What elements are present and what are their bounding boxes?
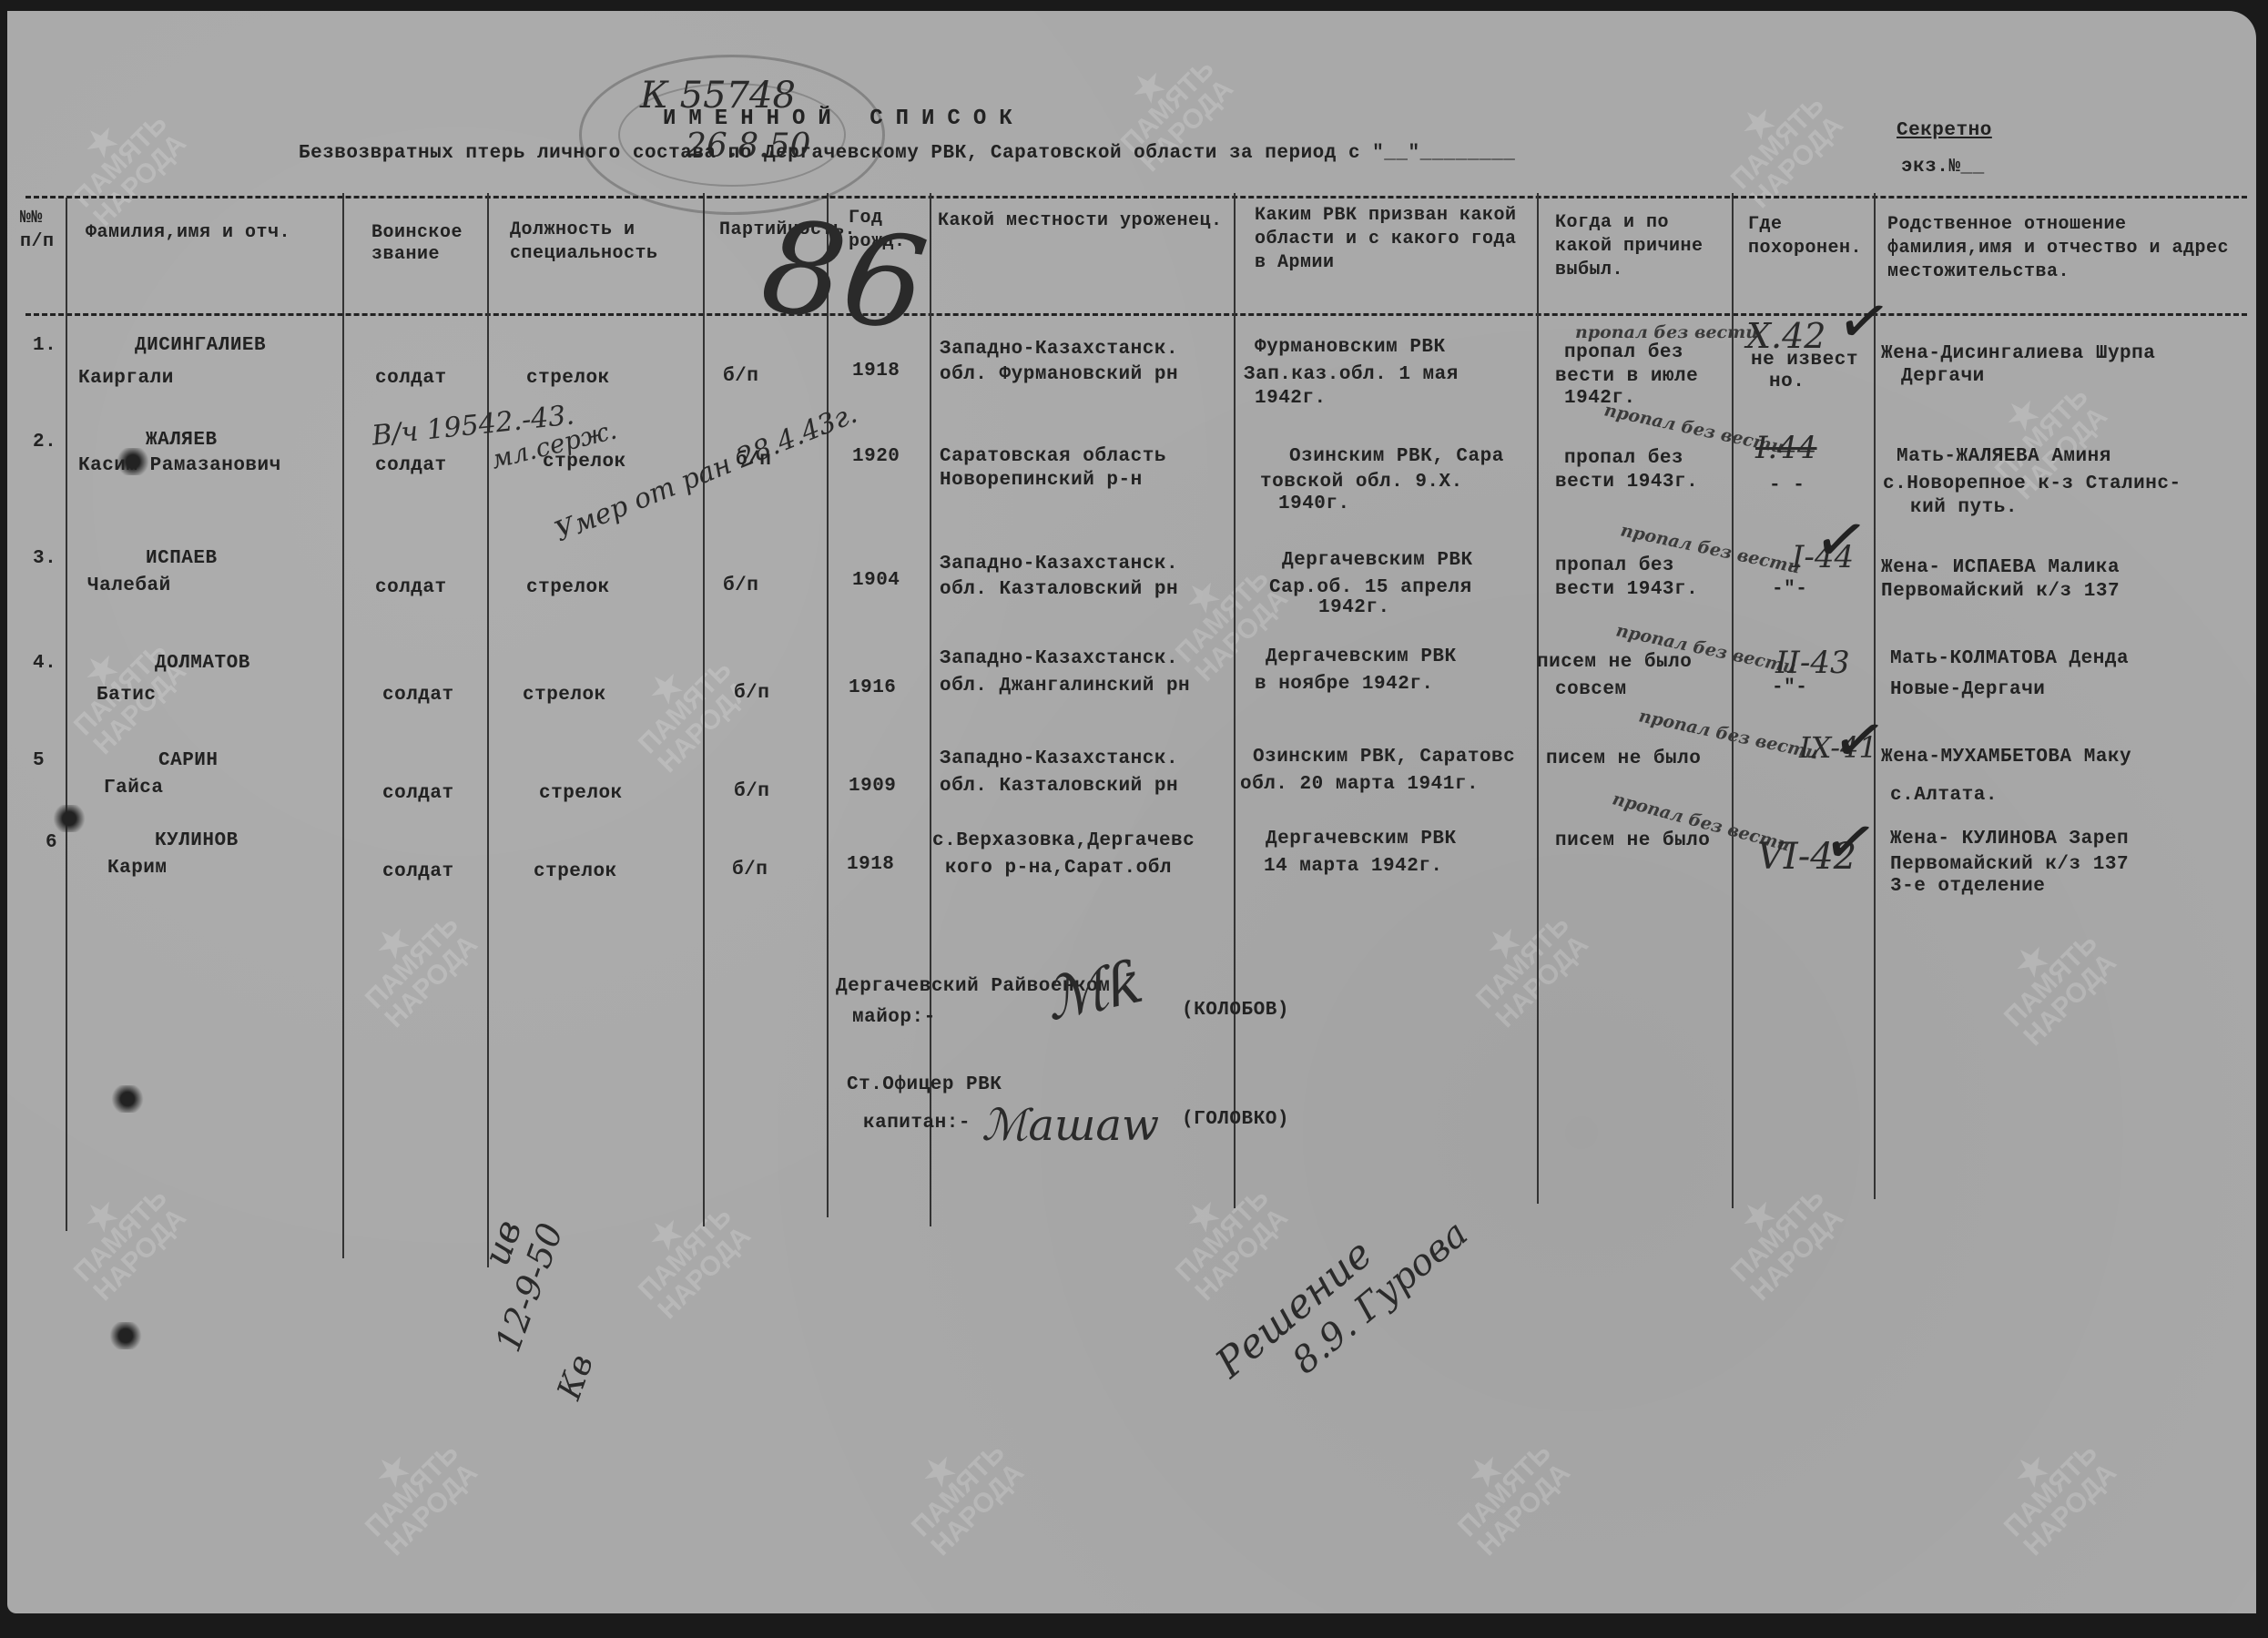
birthplace-line: Западно-Казахстанск. — [940, 554, 1178, 575]
burial-line: -"- — [1772, 579, 1807, 600]
header-position: Должность и специальность — [510, 219, 692, 266]
column-divider — [930, 193, 931, 1226]
party: б/п — [732, 860, 768, 880]
rank: солдат — [375, 577, 447, 598]
copy-number-label: экз.№__ — [1901, 157, 1985, 178]
burial-line: - - — [1769, 475, 1805, 496]
relative-line: Дергачи — [1901, 366, 1985, 387]
position: стрелок — [526, 368, 610, 389]
birth-year: 1920 — [852, 446, 900, 467]
header-bottom-divider — [25, 313, 2247, 316]
row-number: 1. — [33, 335, 56, 356]
party: б/п — [734, 781, 769, 802]
birth-year: 1918 — [852, 361, 900, 382]
birthplace-line: Западно-Казахстанск. — [940, 648, 1178, 669]
reason-line: совсем — [1555, 679, 1627, 700]
row-number: 6 — [46, 832, 57, 853]
given-name: Гайса — [104, 778, 164, 799]
row-number: 3. — [33, 548, 56, 569]
draft-line: Фурмановским РВК — [1255, 337, 1446, 358]
relative-line: Жена-МУХАМБЕТОВА Маку — [1881, 747, 2131, 768]
birthplace-line: обл. Джангалинский рн — [940, 676, 1190, 697]
handwritten-annotation: Кв — [551, 1350, 601, 1405]
column-divider — [1234, 193, 1236, 1208]
draft-line: обл. 20 марта 1941г. — [1240, 774, 1479, 795]
birthplace-line: с.Верхазовка,Дергачевс — [932, 830, 1195, 851]
row-number: 2. — [33, 432, 56, 453]
reason-line: писем не было — [1555, 830, 1710, 851]
relative-line: Первомайский к/з 137 — [1881, 581, 2120, 602]
relative-line: с.Новорепное к-з Сталинс- — [1883, 473, 2182, 494]
given-name: Касим Рамазанович — [78, 455, 281, 476]
draft-line: в ноябре 1942г. — [1255, 674, 1434, 695]
watermark: ★ПАМЯТЬНАРОДА — [615, 1183, 756, 1324]
signature-rank-1: майор:- — [852, 1007, 936, 1028]
position: стрелок — [526, 577, 610, 598]
paper-damage — [109, 1085, 146, 1113]
archive-document-page: ★ПАМЯТЬНАРОДА ★ПАМЯТЬНАРОДА ★ПАМЯТЬНАРОД… — [7, 11, 2256, 1613]
watermark: ★ПАМЯТЬНАРОДА — [888, 1419, 1029, 1561]
watermark: ★ПАМЯТЬНАРОДА — [1707, 72, 1848, 213]
draft-line: Озинским РВК, Саратовс — [1253, 747, 1515, 768]
draft-line: Сар.об. 15 апреля — [1269, 577, 1472, 598]
birthplace-line: Саратовская область — [940, 446, 1166, 467]
rank: солдат — [375, 455, 447, 476]
birthplace-line: обл. Фурмановский рн — [940, 364, 1178, 385]
relative-line: с.Алтата. — [1890, 785, 1998, 806]
relative-line: Первомайский к/з 137 — [1890, 854, 2129, 875]
party: б/п — [736, 450, 771, 471]
given-name: Чалебай — [87, 575, 171, 596]
signature-scribble: ℳaшaw — [981, 1100, 1159, 1151]
birthplace-line: Западно-Казахстанск. — [940, 748, 1178, 769]
party: б/п — [723, 575, 758, 596]
watermark: ★ПАМЯТЬНАРОДА — [1980, 1419, 2121, 1561]
given-name: Батис — [97, 685, 157, 706]
watermark: ★ПАМЯТЬНАРОДА — [50, 1165, 191, 1306]
column-divider — [487, 193, 489, 1267]
header-reason: Когда и по какой причине выбыл. — [1555, 211, 1728, 282]
surname: ДОЛМАТОВ — [155, 653, 250, 674]
reason-line: пропал без — [1555, 555, 1674, 576]
draft-line: 1940г. — [1278, 493, 1350, 514]
header-num: №№ п/п — [20, 207, 60, 254]
birth-year: 1904 — [852, 570, 900, 591]
draft-line: Озинским РВК, Сара — [1289, 446, 1504, 467]
header-name: Фамилия,имя и отч. — [86, 222, 290, 243]
draft-line: Дергачевским РВК — [1282, 550, 1473, 571]
paper-damage — [51, 805, 87, 832]
relative-line: Жена- КУЛИНОВА Зареп — [1890, 829, 2129, 850]
rank: солдат — [382, 685, 454, 706]
draft-line: товской обл. 9.X. — [1260, 472, 1463, 493]
relative-line: Новые-Дергачи — [1890, 679, 2045, 700]
rank: солдат — [375, 368, 447, 389]
column-divider — [1537, 193, 1539, 1204]
party: б/п — [734, 683, 769, 704]
burial-date-hand: II-43 — [1775, 645, 1850, 681]
reason-line: писем не было — [1546, 748, 1701, 769]
signature-rank-2: капитан:- — [863, 1113, 971, 1134]
position: стрелок — [543, 452, 626, 473]
watermark: ★ПАМЯТЬНАРОДА — [1152, 1165, 1293, 1306]
missing-stamp: пропал без вести — [1575, 322, 1758, 342]
draft-line: 1942г. — [1255, 388, 1327, 409]
check-mark-icon: ✓ — [1826, 699, 1892, 782]
watermark: ★ПАМЯТЬНАРОДА — [615, 636, 756, 778]
signature-scribble: ℳƙ — [1039, 949, 1148, 1035]
birth-year: 1916 — [849, 677, 896, 698]
watermark: ★ПАМЯТЬНАРОДА — [1707, 1165, 1848, 1306]
handwritten-note: 86 — [754, 191, 935, 361]
column-divider — [342, 193, 344, 1258]
row-number: 5 — [33, 750, 45, 771]
document-title: ИМЕННОЙ СПИСОК — [663, 107, 1025, 131]
paper-damage — [115, 448, 151, 475]
header-burial: Где похоронен. — [1748, 213, 1866, 260]
document-subtitle: Безвозвратных птерь личного состава по Д… — [299, 143, 1515, 164]
reason-line: вести в июле — [1555, 366, 1698, 387]
position: стрелок — [534, 861, 617, 882]
column-divider — [66, 198, 67, 1231]
birth-year: 1909 — [849, 776, 896, 797]
column-divider — [703, 193, 705, 1226]
header-draft: Каким РВК призван какой области и с како… — [1255, 204, 1528, 275]
rank: солдат — [382, 861, 454, 882]
burial-date-hand: I.44 — [1755, 430, 1817, 466]
reason-line: писем не было — [1537, 652, 1692, 673]
draft-line: 14 марта 1942г. — [1264, 856, 1443, 877]
signature-name-2: (ГОЛОВКО) — [1182, 1109, 1289, 1130]
check-mark-icon: ✓ — [1808, 499, 1874, 582]
watermark: ★ПАМЯТЬНАРОДА — [341, 1419, 483, 1561]
surname: КУЛИНОВ — [155, 830, 239, 851]
reason-line: пропал без — [1564, 342, 1683, 363]
reason-line: вести 1943г. — [1555, 472, 1698, 493]
watermark: ★ПАМЯТЬНАРОДА — [1452, 891, 1593, 1033]
reason-line: пропал без — [1564, 448, 1683, 469]
surname: ДИСИНГАЛИЕВ — [135, 335, 266, 356]
surname: ИСПАЕВ — [146, 548, 218, 569]
row-number: 4. — [33, 653, 56, 674]
draft-line: Зап.каз.обл. 1 мая — [1244, 364, 1459, 385]
birthplace-line: обл. Казталовский рн — [940, 776, 1178, 797]
draft-line: Дергачевским РВК — [1266, 829, 1457, 850]
birthplace-line: обл. Казталовский рн — [940, 579, 1178, 600]
header-top-divider — [25, 196, 2247, 198]
birthplace-line: Западно-Казахстанск. — [940, 339, 1178, 360]
watermark: ★ПАМЯТЬНАРОДА — [341, 891, 483, 1033]
relative-line: Жена-Дисингалиева Шурпа — [1881, 343, 2155, 364]
party: б/п — [723, 366, 758, 387]
relative-line: кий путь. — [1910, 497, 2018, 518]
paper-damage — [107, 1322, 144, 1349]
draft-line: 1942г. — [1318, 597, 1390, 618]
given-name: Карим — [107, 858, 168, 879]
surname: ЖАЛЯЕВ — [146, 430, 218, 451]
burial-line: но. — [1769, 371, 1805, 392]
relative-line: Мать-ЖАЛЯЕВА Аминя — [1897, 446, 2111, 467]
relative-line: Жена- ИСПАЕВА Малика — [1881, 557, 2120, 578]
given-name: Каиргали — [78, 368, 174, 389]
classification-label: Секретно — [1897, 120, 1992, 141]
watermark: ★ПАМЯТЬНАРОДА — [50, 90, 191, 231]
signature-title-2: Ст.Офицер РВК — [847, 1074, 1002, 1095]
birth-year: 1918 — [847, 854, 894, 875]
birthplace-line: кого р-на,Сарат.обл — [945, 858, 1172, 879]
header-relative: Родственное отношение фамилия,имя и отче… — [1887, 213, 2243, 284]
position: стрелок — [523, 685, 606, 706]
relative-line: 3-е отделение — [1890, 876, 2045, 897]
relative-line: Мать-КОЛМАТОВА Дендa — [1890, 648, 2129, 669]
burial-line: -"- — [1772, 677, 1807, 698]
reason-line: вести 1943г. — [1555, 579, 1698, 600]
position: стрелок — [539, 783, 623, 804]
watermark: ★ПАМЯТЬНАРОДА — [1434, 1419, 1575, 1561]
rank: солдат — [382, 783, 454, 804]
signature-name-1: (КОЛОБОВ) — [1182, 1000, 1289, 1021]
watermark: ★ПАМЯТЬНАРОДА — [1980, 910, 2121, 1051]
birthplace-line: Новорепинский р-н — [940, 470, 1143, 491]
draft-line: Дергачевским РВК — [1266, 646, 1457, 667]
header-rank: Воинское звание — [371, 222, 481, 266]
column-divider — [1732, 193, 1734, 1208]
surname: САРИН — [158, 750, 219, 771]
header-birthplace: Какой местности уроженец. — [938, 209, 1229, 233]
